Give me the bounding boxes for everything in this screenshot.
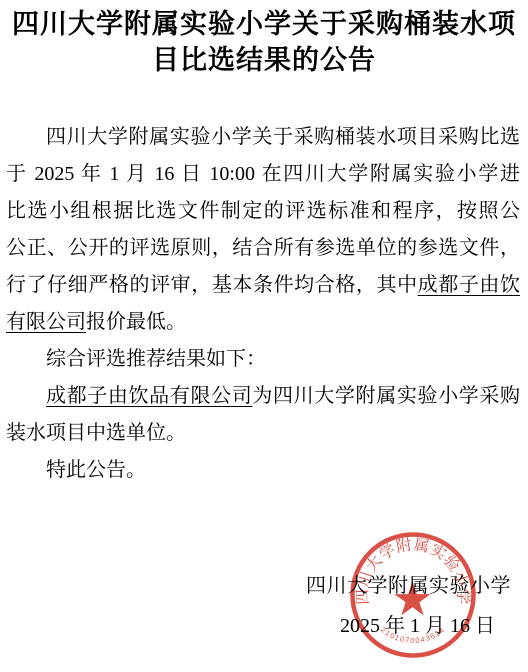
body-line: 特此公告。 (6, 452, 520, 489)
text-segment: 行了仔细严格的评审，基本条件均合格，其中 (6, 274, 418, 296)
title-line-1: 四川大学附属实验小学关于采购桶装水项 (0, 6, 528, 42)
text-segment: 于 2025 年 1 月 16 日 10:00 在四川大学附属实验小学进行。 (6, 163, 520, 193)
body-line: 行了仔细严格的评审，基本条件均合格，其中成都子由饮品 (6, 267, 520, 304)
underlined-company-name: 成都子由饮品有限公司 (46, 385, 252, 407)
text-segment: 四川大学附属实验小学关于采购桶装水项目采购比选会 (46, 126, 520, 156)
seal-svg: 四川大学附属实验小学 2101070043624 (348, 530, 479, 661)
text-segment: 特此公告。 (46, 459, 146, 481)
body-line: 综合评选推荐结果如下： (6, 341, 520, 378)
body-line: 比选小组根据比选文件制定的评选标准和程序，按照公平、 (6, 193, 520, 230)
text-segment: 比选小组根据比选文件制定的评选标准和程序，按照公平、 (6, 200, 520, 230)
body-line: 于 2025 年 1 月 16 日 10:00 在四川大学附属实验小学进行。 (6, 156, 520, 193)
text-segment: 公正、公开的评选原则，结合所有参选单位的参选文件，进 (6, 237, 520, 267)
body-text: 四川大学附属实验小学关于采购桶装水项目采购比选会于 2025 年 1 月 16 … (6, 119, 520, 489)
text-segment: 报价最低。 (86, 311, 186, 333)
body-line: 成都子由饮品有限公司为四川大学附属实验小学采购桶 (6, 378, 520, 415)
body-line: 装水项目中选单位。 (6, 415, 520, 452)
title-line-2: 目比选结果的公告 (0, 42, 528, 78)
underlined-company-name: 有限公司 (6, 311, 86, 333)
page-title: 四川大学附属实验小学关于采购桶装水项 目比选结果的公告 (0, 6, 528, 78)
body-line: 四川大学附属实验小学关于采购桶装水项目采购比选会 (6, 119, 520, 156)
star-icon (394, 581, 430, 615)
seal-serial-number: 2101070043624 (379, 625, 447, 645)
text-segment: 装水项目中选单位。 (6, 422, 186, 444)
official-seal-stamp: 四川大学附属实验小学 2101070043624 (348, 530, 479, 661)
text-segment: 综合评选推荐结果如下： (46, 348, 266, 370)
body-line: 有限公司报价最低。 (6, 304, 520, 341)
announcement-page: 四川大学附属实验小学关于采购桶装水项 目比选结果的公告 四川大学附属实验小学关于… (0, 0, 528, 672)
body-line: 公正、公开的评选原则，结合所有参选单位的参选文件，进 (6, 230, 520, 267)
